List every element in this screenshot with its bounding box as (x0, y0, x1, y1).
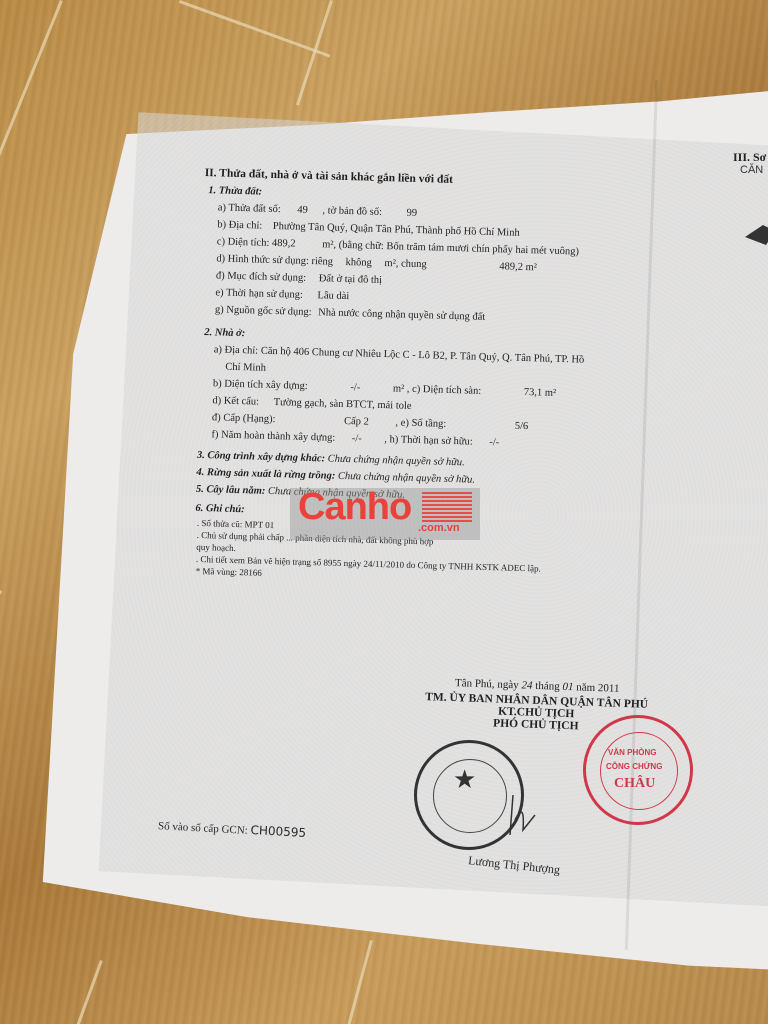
notary-seal: VĂN PHÒNG CÔNG CHỨNG CHÂU (583, 715, 693, 825)
parcel-number: 49 (297, 205, 308, 216)
star-icon: ★ (453, 765, 476, 795)
other-label: 3. Công trình xây dựng khác: (197, 450, 325, 465)
next-section-sub: CĂN (740, 164, 763, 176)
other-label: 4. Rừng sản xuất là rừng trồng: (196, 467, 335, 482)
address-label: b) Địa chỉ: (217, 219, 262, 231)
notary-seal-inner (600, 732, 678, 810)
build-area-label: b) Diện tích xây dựng: (213, 378, 308, 392)
floor-seam (0, 590, 2, 707)
origin-value: Nhà nước công nhận quyền sử dụng đất (318, 307, 485, 323)
term-value: Lâu dài (317, 290, 349, 302)
next-section-heading: III. Sơ (733, 150, 766, 165)
usage-shared: 489,2 m² (499, 261, 537, 273)
structure-value: Tường gạch, sàn BTCT, mái tole (274, 397, 412, 412)
floor-seam (76, 960, 103, 1024)
map-sheet-label: , tờ bản đồ số: (322, 205, 382, 218)
purpose-label: đ) Mục đích sử dụng: (216, 270, 307, 284)
grade-label: đ) Cấp (Hạng): (212, 412, 276, 425)
usage-private: không (345, 257, 372, 269)
notary-line-3: CHÂU (614, 776, 655, 792)
map-sheet-number: 99 (406, 208, 417, 219)
floor-seam (0, 0, 63, 335)
date-day: 24 (521, 679, 532, 691)
other-label: 5. Cây lâu năm: (196, 484, 266, 497)
build-area-value: -/- (350, 382, 360, 393)
month-label: tháng (535, 680, 560, 693)
building-icon (422, 490, 472, 522)
usage-mid: m², chung (384, 258, 427, 270)
parcel-label: a) Thửa đất số: (218, 202, 281, 215)
structure-label: d) Kết cấu: (212, 395, 259, 407)
watermark-domain: .com.vn (418, 522, 460, 534)
floor-area-value: 73,1 m² (524, 387, 557, 399)
other-value: Chưa chứng nhận quyền sở hữu. (328, 454, 465, 469)
grade-value: Cấp 2 (344, 416, 369, 428)
completed-label: f) Năm hoàn thành xây dựng: (211, 429, 335, 443)
notary-line-2: CÔNG CHỨNG (606, 762, 662, 771)
other-value: Chưa chứng nhận quyền sở hữu. (338, 471, 475, 486)
floors-value: 5/6 (515, 421, 529, 432)
usage-form-label: d) Hình thức sử dụng: riêng (216, 253, 333, 267)
purpose-value: Đất ở tại đô thị (319, 273, 383, 286)
term-label: e) Thời hạn sử dụng: (215, 287, 303, 300)
floor-area-label: m² , c) Diện tích sàn: (393, 383, 482, 396)
date-prefix: Tân Phú, ngày (455, 677, 519, 691)
watermark-brand: Canho (298, 486, 411, 529)
floor-seam (347, 940, 373, 1024)
ownership-term-label: , h) Thời hạn sở hữu: (384, 434, 473, 447)
date-month: 01 (562, 681, 573, 693)
handwritten-signature (505, 790, 555, 840)
canho-watermark: Canho .com.vn (290, 488, 480, 540)
area-value: c) Diện tích: 489,2 (217, 236, 296, 249)
notary-line-1: VĂN PHÒNG (608, 748, 656, 757)
completed-value: -/- (352, 433, 362, 444)
registration-value: CH00595 (250, 823, 306, 840)
date-year: năm 2011 (576, 681, 620, 695)
ownership-term-value: -/- (489, 437, 499, 448)
floor-seam (179, 0, 330, 58)
floors-label: , e) Số tầng: (395, 417, 446, 429)
origin-label: g) Nguồn gốc sử dụng: (215, 304, 312, 318)
